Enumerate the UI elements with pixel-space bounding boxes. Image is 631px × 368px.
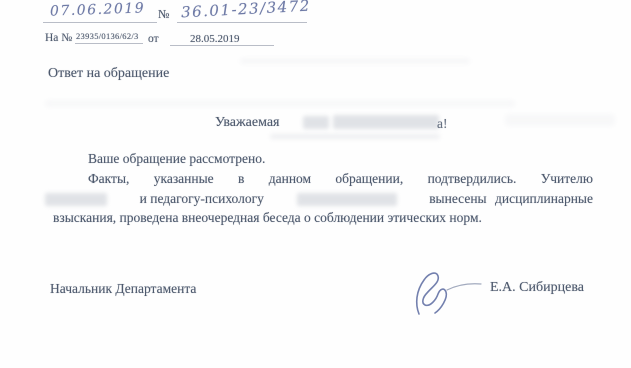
outgoing-date-handwritten: 07.06.2019 xyxy=(50,0,146,19)
signatory-title: Начальник Департамента xyxy=(50,281,196,297)
incoming-date: 28.05.2019 xyxy=(190,33,240,45)
incoming-ref-underline xyxy=(75,43,143,44)
from-label: от xyxy=(148,33,159,45)
scan-artifact xyxy=(270,134,440,139)
scan-artifact xyxy=(505,114,615,126)
outgoing-date-underline xyxy=(43,22,157,23)
redacted-teacher-name xyxy=(45,193,107,206)
body-line-1: Ваше обращение рассмотрено. xyxy=(88,151,265,167)
body-line-2: Факты, указанные в данном обращении, под… xyxy=(88,171,593,187)
incoming-ref-number: 23935/0136/62/3 xyxy=(76,31,139,41)
body-line-3: и педагогу-психологу вынесены дисциплина… xyxy=(45,191,593,207)
redacted-name-short xyxy=(303,116,329,129)
salutation-suffix: а! xyxy=(437,116,448,132)
subject-line: Ответ на обращение xyxy=(48,66,169,82)
incoming-ref-label: На № xyxy=(45,32,72,44)
body-line-3-text-2: вынесены дисциплинарные xyxy=(429,191,593,207)
body-line-3-text-1: и педагогу-психологу xyxy=(140,191,264,207)
salutation-prefix: Уважаемая xyxy=(215,115,280,131)
handwritten-signature xyxy=(405,266,490,322)
scan-artifact xyxy=(45,100,515,107)
incoming-date-underline xyxy=(170,45,274,46)
scanned-letter-page: 07.06.2019 № 36.01-23/3472 На № 23935/01… xyxy=(0,0,631,368)
body-line-4: взыскания, проведена внеочередная беседа… xyxy=(53,210,482,226)
scan-artifact xyxy=(240,58,470,64)
redacted-name-long xyxy=(333,115,439,129)
number-sign-label: № xyxy=(158,7,169,22)
outgoing-number-underline xyxy=(177,22,307,23)
redacted-psychologist-name xyxy=(297,193,397,206)
outgoing-number-handwritten: 36.01-23/3472 xyxy=(181,0,312,21)
signatory-name: Е.А. Сибирцева xyxy=(490,280,584,296)
